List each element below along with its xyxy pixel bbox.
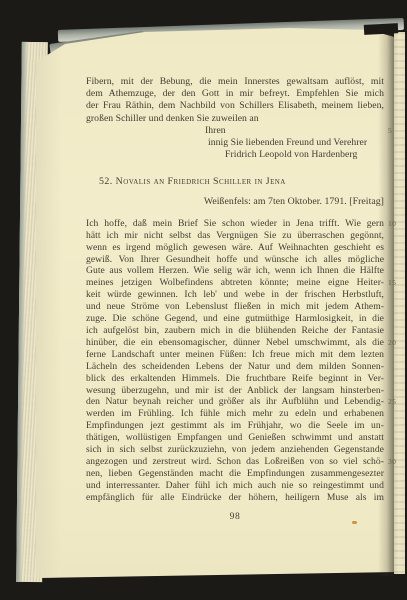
body-line: meines jetzigen Wolbefindens abtreten kö… — [86, 277, 384, 289]
prev-letter-line: Fibern, mit der Bebung, die mein Innerst… — [86, 76, 384, 88]
margin-line-number: 20 — [388, 339, 396, 347]
top-right-shadow — [364, 23, 398, 35]
body-line: Gute aus vollem Herzen. Wie selig wär ic… — [86, 265, 384, 277]
body-line: keit würde gewinnen. Ich leb' und webe i… — [86, 289, 384, 301]
body-line: Ich hoffe, daß mein Brief Sie schon wied… — [86, 218, 384, 230]
body-line: und neue Ströme von Lebenslust fließen i… — [86, 301, 384, 313]
facing-page-edge — [394, 32, 405, 574]
body-line: Empfindungen jezt gestimmt als im Frühja… — [86, 420, 384, 432]
text-block: Fibern, mit der Bebung, die mein Innerst… — [86, 76, 384, 523]
body-line: thätigen, wollüstigen Empfangen und Geni… — [86, 432, 384, 444]
body-line: wesung überzugehn, und mir ist der Anbli… — [86, 385, 384, 397]
body-line: ferne Landschaft unter meinen Füßen: Ich… — [86, 349, 384, 361]
body-line: nen, lieben Gegenständen macht die Empfi… — [86, 468, 384, 480]
margin-line-number: 25 — [388, 398, 396, 406]
body-line: wenn es irgend möglich gewesen wäre. Auf… — [86, 242, 384, 254]
body-line: angezogen und zerstreut wird. Schon das … — [86, 456, 384, 468]
body-line: hinüber, die ein ebensomagischer, dünner… — [86, 337, 384, 349]
body-line: blick des erkaltenden Himmels. Die fruch… — [86, 373, 384, 385]
valediction-phrase: innig Sie liebenden Freund und Verehrer — [208, 137, 384, 149]
body-line: empfänglich für alle Eindrücke der höher… — [86, 492, 384, 504]
margin-line-number: 10 — [388, 220, 396, 228]
margin-line-number: 5 — [388, 127, 392, 135]
body-line: hätt ich mir nicht selbst das Vergnügen … — [86, 230, 384, 242]
book-photo: Fibern, mit der Bebung, die mein Innerst… — [0, 0, 407, 600]
margin-line-number: 30 — [388, 458, 396, 466]
prev-letter-line: dem Athemzuge, der den Gott in mir befre… — [86, 88, 384, 100]
letter-heading: 52. Novalis an Friedrich Schiller in Jen… — [99, 176, 384, 188]
page-number: 98 — [86, 511, 384, 523]
body-line: werden im Frühling. Ich fühle mich mehr … — [86, 408, 384, 420]
letter-body: Ich hoffe, daß mein Brief Sie schon wied… — [86, 218, 384, 504]
prev-letter-line: großen Schiller und denken Sie zuweilen … — [86, 113, 384, 125]
body-line: gewiß. Von Ihrer Gesundheit hoffe und wü… — [86, 254, 384, 266]
letter-dateline: Weißenfels: am 7ten Oktober. 1791. [Frei… — [86, 196, 384, 208]
body-line: ich aufgelöst bin, zaubern mich in die b… — [86, 325, 384, 337]
prev-letter-line: der Frau Räthin, dem Nachbild von Schill… — [86, 100, 384, 112]
valediction: Ihren 5 — [205, 125, 384, 137]
margin-line-number: 15 — [388, 279, 396, 287]
body-line: und interressanter. Daher fühl ich mich … — [86, 480, 384, 492]
body-line: den Natur beynah reicher und größer als … — [86, 396, 384, 408]
body-line: sich in sich selbst zurückzuziehn, von j… — [86, 444, 384, 456]
signature: Fridrich Leopold von Hardenberg — [225, 149, 384, 161]
body-line: zuge. Die schöne Gegend, und eine gutmüt… — [86, 313, 384, 325]
body-line: Lächeln des scheidenden Lebens der Natur… — [86, 361, 384, 373]
